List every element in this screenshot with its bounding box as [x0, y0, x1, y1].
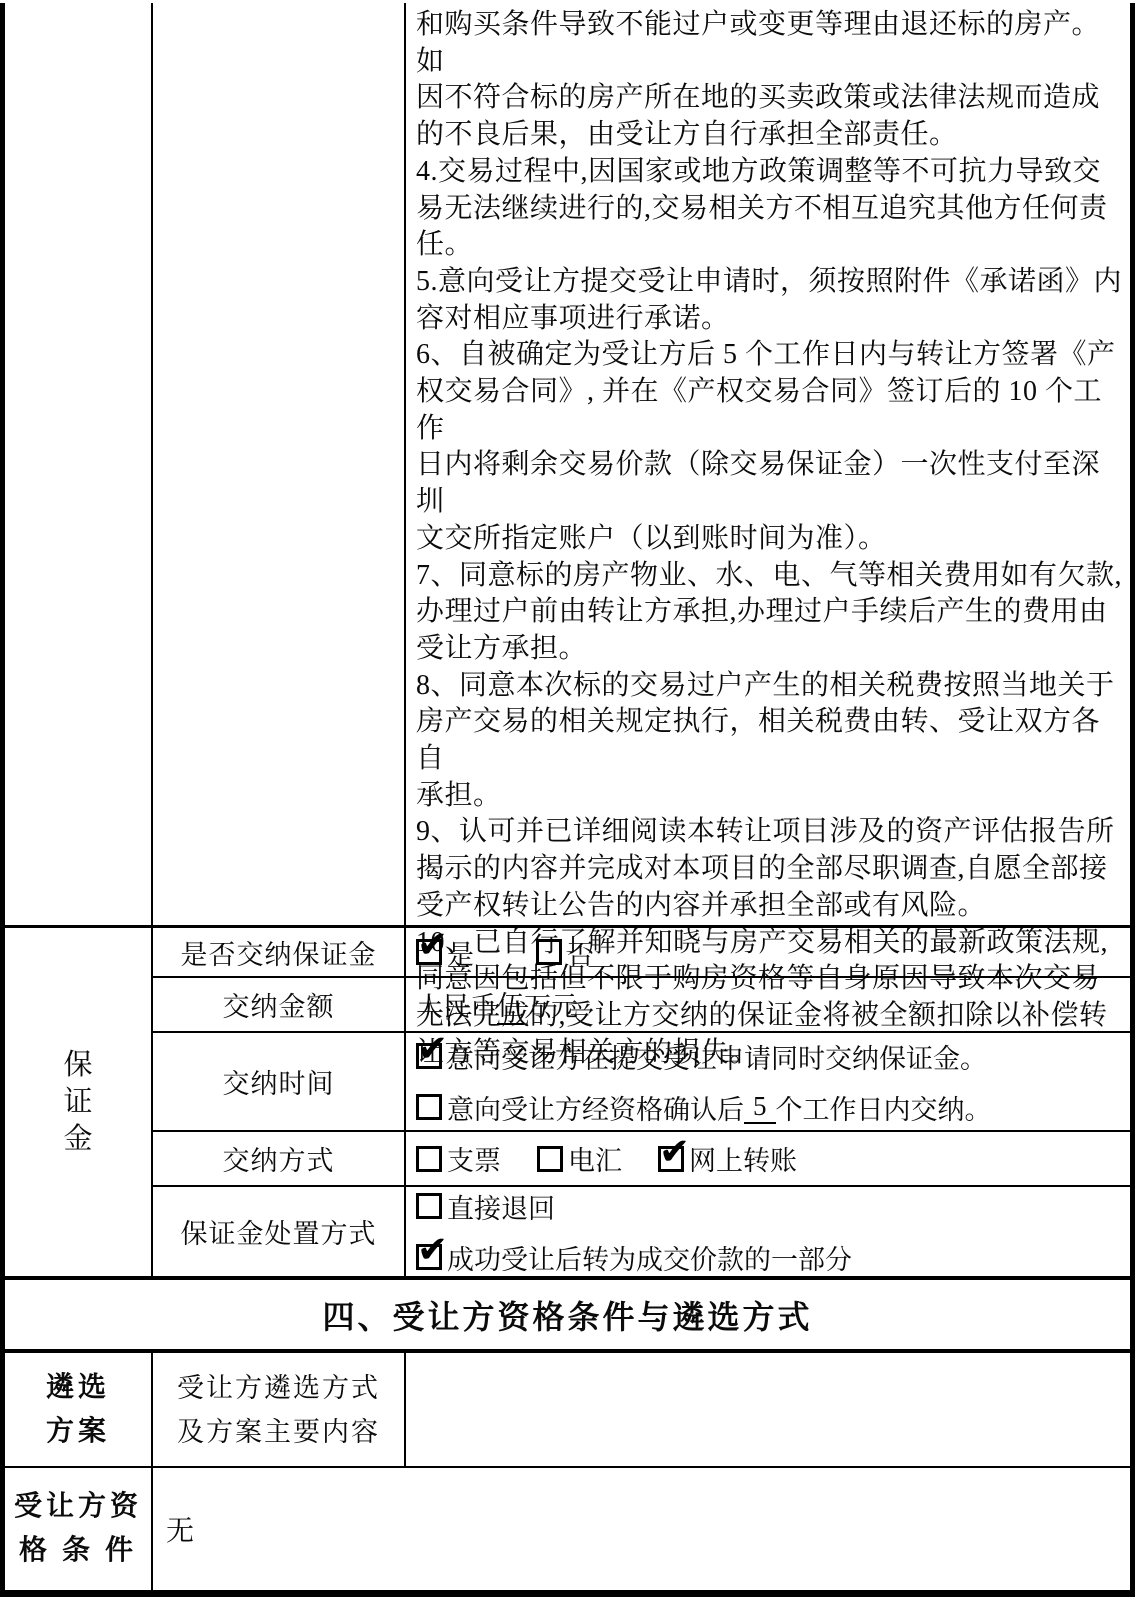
- empty-field-label-cell: [153, 3, 406, 925]
- deposit-time-row: 交纳时间 意向受让方在提交受让申请同时交纳保证金。 意向受让方经资格确认后5个工…: [153, 1031, 1130, 1130]
- amount-prefix: 人民币: [416, 985, 497, 1024]
- deposit-disposal-label: 保证金处置方式: [153, 1187, 406, 1276]
- amount-suffix: 万元: [524, 985, 578, 1024]
- deposit-time-option-1: 意向受让方在提交受让申请同时交纳保证金。: [416, 1037, 1130, 1076]
- amount-underlined: 伍: [497, 984, 524, 1025]
- checkbox-checked-icon: [658, 1146, 684, 1172]
- checkbox-checked-icon: [416, 939, 442, 965]
- selection-plan-row-label: 遴选 方案: [5, 1353, 153, 1465]
- deposit-time-option-2-pre: 意向受让方经资格确认后: [447, 1088, 744, 1127]
- section4-title: 四、受让方资格条件与遴选方式: [322, 1292, 812, 1338]
- method-option-online: 网上转账: [689, 1139, 797, 1178]
- deposit-method-label: 交纳方式: [153, 1132, 406, 1185]
- disposal-option-1: 直接退回: [416, 1187, 1130, 1226]
- disposal-option-1-label: 直接退回: [447, 1187, 555, 1226]
- deposit-amount-row: 交纳金额 人民币伍万元: [153, 976, 1130, 1031]
- deposit-time-option-2-days: 5: [744, 1091, 776, 1124]
- qualification-value: 无: [153, 1468, 1130, 1590]
- checkbox-checked-icon: [416, 1043, 442, 1069]
- deposit-method-row: 交纳方式 支票 电汇 网上转账: [153, 1130, 1130, 1185]
- checkbox-checked-icon: [416, 1244, 442, 1270]
- method-option-cheque: 支票: [447, 1139, 501, 1178]
- selection-plan-value-cell: [406, 1353, 1130, 1465]
- deposit-pay-row: 是否交纳保证金 是 否: [153, 928, 1130, 976]
- deposit-amount-label: 交纳金额: [153, 978, 406, 1031]
- checkbox-unchecked-icon: [536, 939, 562, 965]
- deposit-section: 保 证 金 是否交纳保证金 是 否 交纳金额: [5, 925, 1130, 1276]
- section4-header-row: 四、受让方资格条件与遴选方式: [5, 1276, 1130, 1349]
- deposit-disposal-row: 保证金处置方式 直接退回 成功受让后转为成交价款的一部分: [153, 1185, 1130, 1276]
- deposit-pay-label: 是否交纳保证金: [153, 928, 406, 976]
- checkbox-unchecked-icon: [537, 1146, 563, 1172]
- checkbox-unchecked-icon: [416, 1193, 442, 1219]
- deposit-time-option-2: 意向受让方经资格确认后5个工作日内交纳。: [416, 1088, 1130, 1127]
- checkbox-unchecked-icon: [416, 1146, 442, 1172]
- deposit-pay-option-no: 否: [567, 933, 594, 972]
- deposit-time-option-1-label: 意向受让方在提交受让申请同时交纳保证金。: [447, 1037, 987, 1076]
- qualification-row: 受让方资 格 条 件 无: [5, 1466, 1130, 1590]
- qualification-row-label: 受让方资 格 条 件: [5, 1468, 153, 1590]
- disposal-option-2: 成功受让后转为成交价款的一部分: [416, 1238, 1130, 1277]
- checkbox-unchecked-icon: [416, 1094, 442, 1120]
- deposit-amount-value: 人民币伍万元: [406, 978, 1130, 1031]
- deposit-time-value: 意向受让方在提交受让申请同时交纳保证金。 意向受让方经资格确认后5个工作日内交纳…: [406, 1033, 1130, 1130]
- transfer-conditions-row: 和购买条件导致不能过户或变更等理由退还标的房产。如 因不符合标的房产所在地的买卖…: [5, 3, 1130, 925]
- deposit-time-option-2-post: 个工作日内交纳。: [776, 1088, 992, 1127]
- selection-plan-row: 遴选 方案 受让方遴选方式 及方案主要内容: [5, 1349, 1130, 1465]
- disposal-option-2-label: 成功受让后转为成交价款的一部分: [447, 1238, 852, 1277]
- deposit-rows: 是否交纳保证金 是 否 交纳金额 人民币伍万元: [153, 928, 1130, 1276]
- empty-row-header-cell: [5, 3, 153, 925]
- announcement-table: 和购买条件导致不能过户或变更等理由退还标的房产。如 因不符合标的房产所在地的买卖…: [0, 3, 1135, 1597]
- deposit-pay-option-yes: 是: [447, 933, 474, 972]
- transfer-conditions-text: 和购买条件导致不能过户或变更等理由退还标的房产。如 因不符合标的房产所在地的买卖…: [406, 3, 1130, 925]
- deposit-disposal-value: 直接退回 成功受让后转为成交价款的一部分: [406, 1187, 1130, 1276]
- deposit-method-value: 支票 电汇 网上转账: [406, 1132, 1130, 1185]
- deposit-time-label: 交纳时间: [153, 1033, 406, 1130]
- method-option-wire: 电汇: [568, 1139, 622, 1178]
- deposit-pay-value: 是 否: [406, 928, 1130, 976]
- deposit-section-label: 保 证 金: [5, 928, 153, 1276]
- property-transfer-announcement-page: 和购买条件导致不能过户或变更等理由退还标的房产。如 因不符合标的房产所在地的买卖…: [0, 0, 1135, 1597]
- selection-plan-field-label: 受让方遴选方式 及方案主要内容: [153, 1353, 406, 1465]
